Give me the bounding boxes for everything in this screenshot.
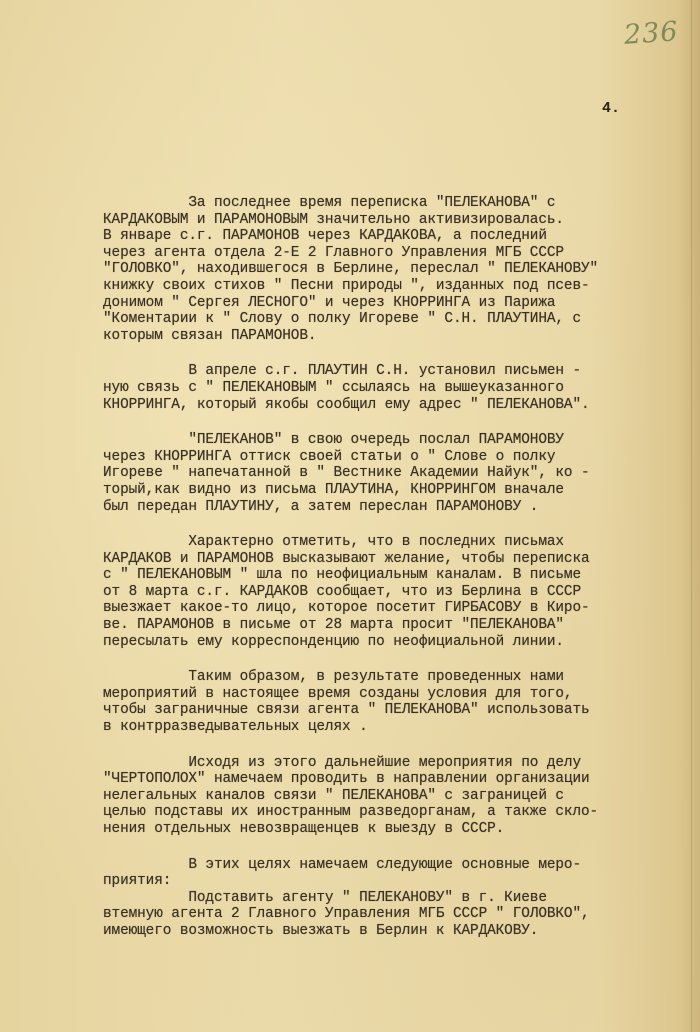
text-line: донимом " Сергея ЛЕСНОГО" и через КНОРРИ… xyxy=(103,295,700,312)
paragraph: В апреле с.г. ПЛАУТИН С.Н. установил пис… xyxy=(103,363,700,413)
text-line: целью подставы их иностранным разведорга… xyxy=(103,804,700,821)
text-line: с " ПЕЛЕКАНОВЫМ " шла по неофициальным к… xyxy=(103,567,700,584)
text-line: В этих целях намечаем следующие основные… xyxy=(103,857,700,874)
text-line: За последнее время переписка "ПЕЛЕКАНОВА… xyxy=(103,195,700,212)
text-line: торый,как видно из письма ПЛАУТИНА, КНОР… xyxy=(103,482,700,499)
paragraph: За последнее время переписка "ПЕЛЕКАНОВА… xyxy=(103,195,700,344)
text-line: был передан ПЛАУТИНУ, а затем переслан П… xyxy=(103,499,700,516)
paper-sheet: 236 4. За последнее время переписка "ПЕЛ… xyxy=(0,0,700,1032)
paragraph: Характерно отметить, что в последних пис… xyxy=(103,534,700,650)
text-line: которым связан ПАРАМОНОВ. xyxy=(103,328,700,345)
text-line: ную связь с " ПЕЛЕКАНОВЫМ " ссылаясь на … xyxy=(103,380,700,397)
page-number: 4. xyxy=(602,100,620,117)
text-line: чтобы заграничные связи агента " ПЕЛЕКАН… xyxy=(103,702,700,719)
text-line: Игореве " напечатанной в " Вестнике Акад… xyxy=(103,465,700,482)
text-line: через КНОРРИНГА оттиск своей статьи о " … xyxy=(103,449,700,466)
text-line: В январе с.г. ПАРАМОНОВ через КАРДАКОВА,… xyxy=(103,228,700,245)
text-line: выезжает какое-то лицо, которое посетит … xyxy=(103,600,700,617)
paragraph: В этих целях намечаем следующие основные… xyxy=(103,857,700,940)
text-line: Исходя из этого дальнейшие мероприятия п… xyxy=(103,755,700,772)
text-line: "ГОЛОВКО", находившегося в Берлине, пере… xyxy=(103,261,700,278)
text-line: втемную агента 2 Главного Управления МГБ… xyxy=(103,906,700,923)
handwritten-archive-number: 236 xyxy=(623,16,680,51)
paragraph: Исходя из этого дальнейшие мероприятия п… xyxy=(103,755,700,838)
text-line: от 8 марта с.г. КАРДАКОВ сообщает, что и… xyxy=(103,584,700,601)
text-line: книжку своих стихов " Песни природы ", и… xyxy=(103,278,700,295)
text-line: Характерно отметить, что в последних пис… xyxy=(103,534,700,551)
text-line: пересылать ему корреспонденцию по неофиц… xyxy=(103,634,700,651)
text-line: В апреле с.г. ПЛАУТИН С.Н. установил пис… xyxy=(103,363,700,380)
text-line: Таким образом, в результате проведенных … xyxy=(103,669,700,686)
document-body: За последнее время переписка "ПЕЛЕКАНОВА… xyxy=(103,195,700,959)
paragraph: "ПЕЛЕКАНОВ" в свою очередь послал ПАРАМО… xyxy=(103,432,700,515)
text-line: Подставить агенту " ПЕЛЕКАНОВУ" в г. Кие… xyxy=(103,890,700,907)
text-line: КАРДАКОВЫМ и ПАРАМОНОВЫМ значительно акт… xyxy=(103,212,700,229)
paragraph: Таким образом, в результате проведенных … xyxy=(103,669,700,735)
text-line: КНОРРИНГА, который якобы сообщил ему адр… xyxy=(103,397,700,414)
text-line: имеющего возможность выезжать в Берлин к… xyxy=(103,923,700,940)
text-line: "ПЕЛЕКАНОВ" в свою очередь послал ПАРАМО… xyxy=(103,432,700,449)
text-line: нелегальных каналов связи " ПЕЛЕКАНОВА" … xyxy=(103,788,700,805)
text-line: в контрразведывательных целях . xyxy=(103,719,700,736)
text-line: мероприятий в настоящее время созданы ус… xyxy=(103,686,700,703)
text-line: приятия: xyxy=(103,873,700,890)
text-line: "ЧЕРТОПОЛОХ" намечаем проводить в направ… xyxy=(103,771,700,788)
text-line: через агента отдела 2-Е 2 Главного Управ… xyxy=(103,245,700,262)
text-line: нения отдельных невозвращенцев к выезду … xyxy=(103,821,700,838)
text-line: "Коментарии к " Слову о полку Игореве " … xyxy=(103,311,700,328)
text-line: КАРДАКОВ и ПАРАМОНОВ высказывают желание… xyxy=(103,551,700,568)
text-line: ве. ПАРАМОНОВ в письме от 28 марта проси… xyxy=(103,617,700,634)
